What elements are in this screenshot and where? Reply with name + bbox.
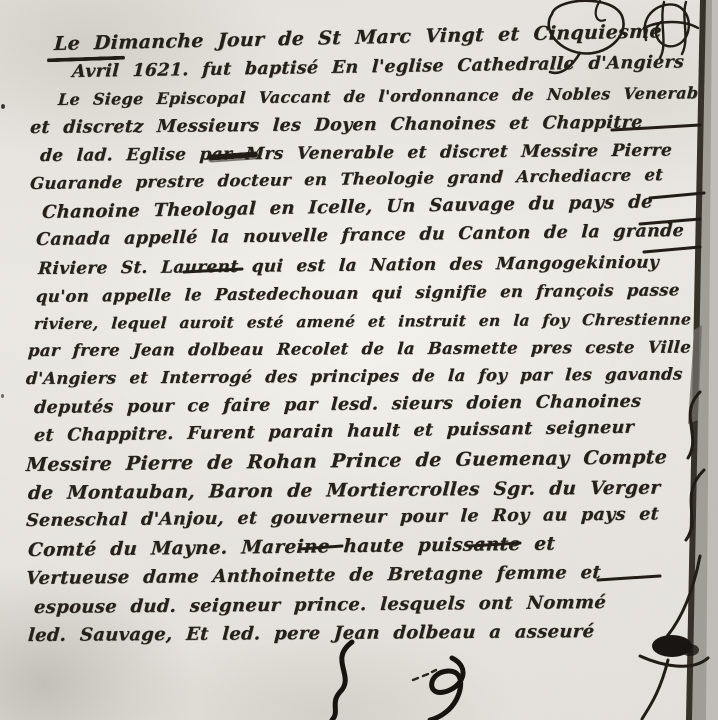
manuscript-line: deputés pour ce faire par lesd. sieurs d… [33, 392, 641, 418]
manuscript-line: Riviere St. Laurent qui est la Nation de… [37, 252, 659, 279]
ink-speck [1, 104, 5, 109]
manuscript-line: Vertueuse dame Anthoinette de Bretagne f… [25, 562, 601, 589]
manuscript-page: Le Dimanche Jour de St Marc Vingt et Cin… [0, 0, 718, 720]
bottom-dotted-dash [413, 670, 436, 680]
manuscript-line: de lad. Eglise par Mrs Venerable et disc… [39, 140, 672, 166]
manuscript-line: Guarande prestre docteur en Theologie gr… [29, 165, 663, 193]
manuscript-line: led. Sauvage, Et led. pere Jean dolbeau … [27, 621, 595, 646]
bottom-center-squiggle-flourishes [332, 642, 463, 720]
manuscript-line: Seneschal d'Anjou, et gouverneur pour le… [25, 504, 659, 531]
manuscript-line: espouse dud. seigneur prince. lesquels o… [33, 592, 606, 618]
manuscript-line: et Chappitre. Furent parain hault et pui… [33, 418, 634, 446]
ink-speck [1, 394, 4, 398]
manuscript-line: qu'on appelle le Pastedechouan qui signi… [35, 280, 680, 306]
manuscript-line: Messire Pierre de Rohan Prince de Guemen… [25, 446, 667, 476]
top-hook-flourish [596, 1, 605, 21]
manuscript-line: Chanoine Theologal en Icelle, Un Sauvage… [41, 191, 653, 223]
manuscript-line: Avril 1621. fut baptisé En l'eglise Cath… [71, 52, 684, 82]
manuscript-line: d'Angiers et Interrogé des principes de … [25, 364, 683, 388]
manuscript-line: riviere, lequel auroit esté amené et ins… [33, 309, 691, 333]
manuscript-line: et discretz Messieurs les Doyen Chanoine… [29, 113, 643, 138]
manuscript-line: par frere Jean dolbeau Recolet de la Bas… [27, 338, 691, 360]
right-margin-ink-blot [652, 635, 699, 657]
manuscript-line: Le Siege Episcopal Vaccant de l'ordonnan… [57, 83, 718, 109]
manuscript-line: Comté du Mayne. Mareine haute puissante … [27, 534, 555, 561]
manuscript-line: Canada appellé la nouvelle france du Can… [35, 221, 684, 250]
right-margin-bracket-flourishes [640, 392, 708, 719]
right-page-edge-strip [686, 0, 718, 720]
manuscript-line: de Montauban, Baron de Mortiercrolles Sg… [27, 477, 661, 504]
manuscript-line: Le Dimanche Jour de St Marc Vingt et Cin… [53, 20, 662, 55]
